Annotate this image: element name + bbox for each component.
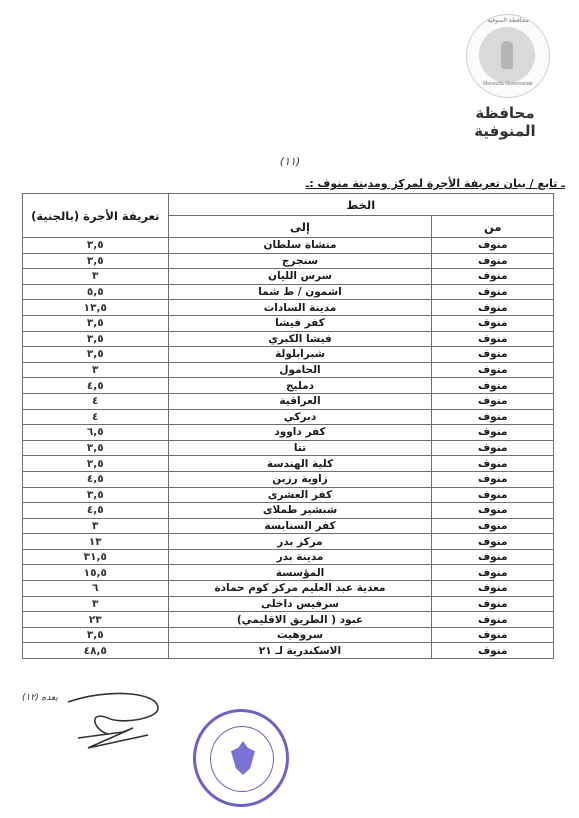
cell-from: منوف — [432, 409, 554, 425]
cell-from: منوف — [432, 456, 554, 472]
cell-from: منوف — [432, 393, 554, 409]
cell-from: منوف — [432, 612, 554, 628]
cell-to: اشمون / ط شما — [168, 284, 432, 300]
cell-to: المؤسسة — [168, 565, 432, 581]
eagle-icon — [231, 741, 255, 775]
cell-fare: ٤ — [23, 393, 169, 409]
table-caption: ـ تابع / بيان تعريفة الأجرة لمركز ومدينة… — [306, 177, 565, 190]
logo-emblem — [479, 27, 535, 83]
stamp-inner-ring — [210, 726, 274, 792]
cell-to: فيشا الكبري — [168, 331, 432, 347]
table-row: منوفالمؤسسة١٥,٥ — [23, 565, 554, 581]
table-row: منوفسرفيس داخلى٣ — [23, 596, 554, 612]
cell-fare: ٢٣ — [23, 612, 169, 628]
cell-from: منوف — [432, 471, 554, 487]
cell-from: منوف — [432, 518, 554, 534]
cell-fare: ٦ — [23, 581, 169, 597]
table-row: منوفكفر فيشا٣,٥ — [23, 315, 554, 331]
cell-fare: ٣,٥ — [23, 456, 169, 472]
header-row-1: الخط تعريفة الأجرة (بالجنية) — [23, 194, 554, 216]
table-row: منوفكفر العشرى٣,٥ — [23, 487, 554, 503]
cell-from: منوف — [432, 253, 554, 269]
cell-to: سرس الليان — [168, 269, 432, 285]
cell-fare: ٤,٥ — [23, 503, 169, 519]
header-to: إلى — [168, 216, 432, 238]
cell-fare: ١٥,٥ — [23, 565, 169, 581]
cell-to: سنجرج — [168, 253, 432, 269]
cell-fare: ٣ — [23, 596, 169, 612]
cell-to: مركز بدر — [168, 534, 432, 550]
cell-from: منوف — [432, 627, 554, 643]
cell-to: مدينة السادات — [168, 300, 432, 316]
cell-fare: ٣١,٥ — [23, 549, 169, 565]
cell-from: منوف — [432, 440, 554, 456]
cell-fare: ٤ — [23, 409, 169, 425]
cell-from: منوف — [432, 487, 554, 503]
cell-fare: ٣ — [23, 518, 169, 534]
table-row: منوفكفر السنابسة٣ — [23, 518, 554, 534]
header-from: من — [432, 216, 554, 238]
official-stamp — [193, 709, 289, 807]
cell-to: عبود ( الطريق الاقليمي) — [168, 612, 432, 628]
cell-from: منوف — [432, 362, 554, 378]
cell-from: منوف — [432, 238, 554, 254]
eagle-icon — [501, 41, 513, 69]
table-row: منوفدمليج٤,٥ — [23, 378, 554, 394]
table-row: منوفسرس الليان٣ — [23, 269, 554, 285]
table-row: منوفدبركي٤ — [23, 409, 554, 425]
cell-from: منوف — [432, 425, 554, 441]
cell-from: منوف — [432, 581, 554, 597]
cell-fare: ٣ — [23, 269, 169, 285]
table-row: منوفمدينة السادات١٣,٥ — [23, 300, 554, 316]
cell-to: معدية عبد العليم مركز كوم حمادة — [168, 581, 432, 597]
fares-table: الخط تعريفة الأجرة (بالجنية) من إلى منوف… — [22, 193, 554, 659]
cell-fare: ١٣ — [23, 534, 169, 550]
table-row: منوفسروهيت٣,٥ — [23, 627, 554, 643]
cell-fare: ٤,٥ — [23, 471, 169, 487]
cell-to: العراقية — [168, 393, 432, 409]
table-row: منوفمنشاة سلطان٣,٥ — [23, 238, 554, 254]
cell-fare: ٣ — [23, 362, 169, 378]
cell-fare: ٣,٥ — [23, 627, 169, 643]
cell-from: منوف — [432, 347, 554, 363]
table-row: منوفعبود ( الطريق الاقليمي)٢٣ — [23, 612, 554, 628]
cell-fare: ٦,٥ — [23, 425, 169, 441]
table-row: منوفتتا٣,٥ — [23, 440, 554, 456]
table-row: منوفالعراقية٤ — [23, 393, 554, 409]
table-row: منوفاشمون / ط شما٥,٥ — [23, 284, 554, 300]
cell-from: منوف — [432, 315, 554, 331]
cell-to: الحامول — [168, 362, 432, 378]
cell-from: منوف — [432, 596, 554, 612]
cell-from: منوف — [432, 549, 554, 565]
cell-to: شبشير طملاى — [168, 503, 432, 519]
cell-to: مدينة بدر — [168, 549, 432, 565]
cell-to: شبرابلولة — [168, 347, 432, 363]
cell-fare: ٣,٥ — [23, 315, 169, 331]
logo-arabic-text: محافظة المنوفية — [467, 17, 549, 24]
cell-from: منوف — [432, 378, 554, 394]
cell-fare: ٣,٥ — [23, 238, 169, 254]
table-row: منوفكلية الهندسة٣,٥ — [23, 456, 554, 472]
cell-to: زاوية رزين — [168, 471, 432, 487]
cell-fare: ٣,٥ — [23, 331, 169, 347]
cell-to: سروهيت — [168, 627, 432, 643]
table-row: منوفالاسكندرية لـ ٢١٤٨,٥ — [23, 643, 554, 659]
cell-fare: ٣,٥ — [23, 440, 169, 456]
table-row: منوفمدينة بدر٣١,٥ — [23, 549, 554, 565]
cell-to: كفر العشرى — [168, 487, 432, 503]
cell-to: تتا — [168, 440, 432, 456]
table-row: منوفمركز بدر١٣ — [23, 534, 554, 550]
cell-fare: ٣,٥ — [23, 347, 169, 363]
cell-from: منوف — [432, 300, 554, 316]
table-row: منوفالحامول٣ — [23, 362, 554, 378]
cell-to: كفر السنابسة — [168, 518, 432, 534]
table-body: منوفمنشاة سلطان٣,٥منوفسنجرج٣,٥منوفسرس ال… — [23, 238, 554, 659]
cell-from: منوف — [432, 503, 554, 519]
page-number: (١١) — [270, 155, 310, 168]
cell-to: دبركي — [168, 409, 432, 425]
cell-to: كلية الهندسة — [168, 456, 432, 472]
table-row: منوفشبشير طملاى٤,٥ — [23, 503, 554, 519]
cell-from: منوف — [432, 565, 554, 581]
cell-from: منوف — [432, 534, 554, 550]
table-row: منوفزاوية رزين٤,٥ — [23, 471, 554, 487]
header-fare: تعريفة الأجرة (بالجنية) — [23, 194, 169, 238]
cell-to: دمليج — [168, 378, 432, 394]
header-line: الخط — [168, 194, 553, 216]
cell-to: سرفيس داخلى — [168, 596, 432, 612]
cell-to: الاسكندرية لـ ٢١ — [168, 643, 432, 659]
cell-from: منوف — [432, 284, 554, 300]
cell-to: منشاة سلطان — [168, 238, 432, 254]
cell-fare: ١٣,٥ — [23, 300, 169, 316]
cell-from: منوف — [432, 643, 554, 659]
cell-from: منوف — [432, 331, 554, 347]
cell-fare: ٥,٥ — [23, 284, 169, 300]
signature — [48, 690, 178, 760]
governorate-title: محافظة المنوفية — [450, 104, 560, 140]
governorate-logo: محافظة المنوفية Menoufia Governorate — [466, 14, 550, 98]
table-row: منوفمعدية عبد العليم مركز كوم حمادة٦ — [23, 581, 554, 597]
table-row: منوفكفر داوود٦,٥ — [23, 425, 554, 441]
cell-from: منوف — [432, 269, 554, 285]
cell-to: كفر فيشا — [168, 315, 432, 331]
cell-to: كفر داوود — [168, 425, 432, 441]
table-row: منوففيشا الكبري٣,٥ — [23, 331, 554, 347]
cell-fare: ٣,٥ — [23, 253, 169, 269]
table-row: منوفسنجرج٣,٥ — [23, 253, 554, 269]
cell-fare: ٤٨,٥ — [23, 643, 169, 659]
logo-english-text: Menoufia Governorate — [467, 81, 549, 87]
cell-fare: ٤,٥ — [23, 378, 169, 394]
table-row: منوفشبرابلولة٣,٥ — [23, 347, 554, 363]
cell-fare: ٣,٥ — [23, 487, 169, 503]
